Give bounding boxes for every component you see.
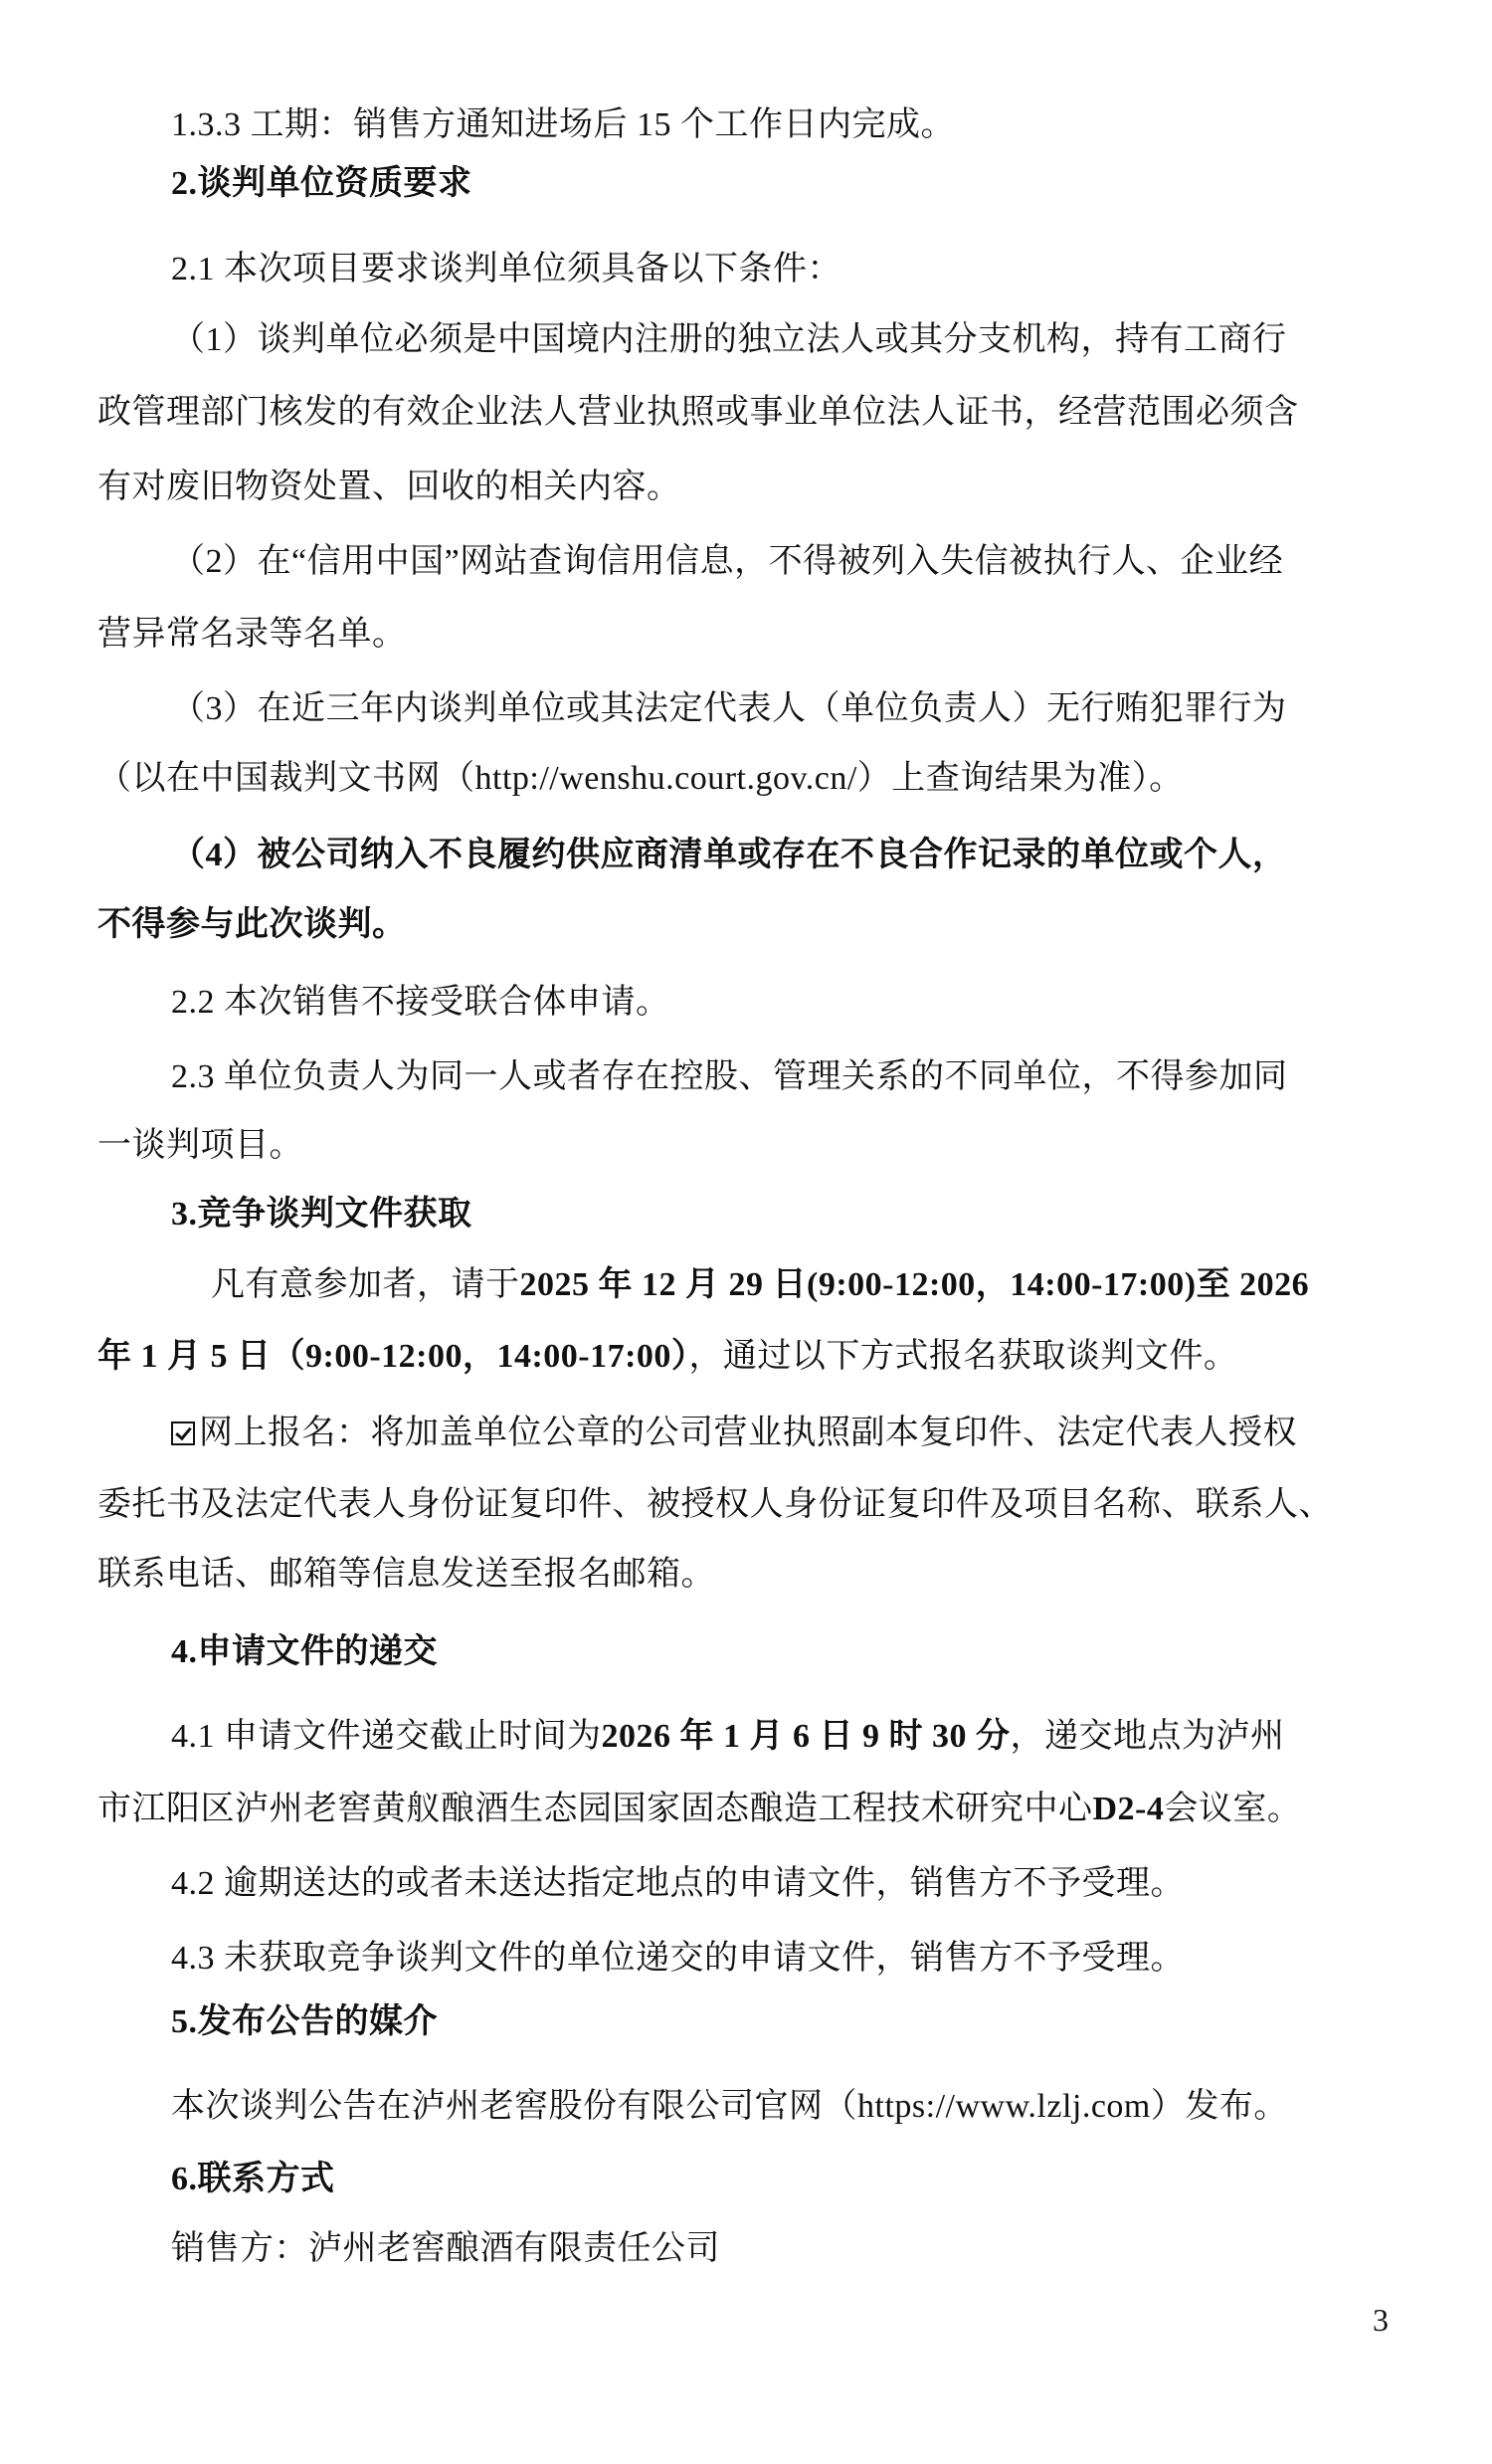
- location-intro: ，递交地点为泸州: [1011, 1718, 1285, 1755]
- registration-start-date: 2025 年 12 月 29 日(9:00-12:00，14:00-17:00)…: [520, 1266, 1310, 1303]
- section-heading-4: 4.申请文件的递交: [171, 1630, 1454, 1674]
- section-heading-6: 6.联系方式: [171, 2158, 1454, 2201]
- clause-2-3-line-1: 2.3 单位负责人为同一人或者存在控股、管理关系的不同单位，不得参加同: [171, 1055, 1454, 1099]
- online-registration-line-2: 委托书及法定代表人身份证复印件、被授权人身份证复印件及项目名称、联系人、: [97, 1483, 1381, 1527]
- condition-2-line-1: （2）在“信用中国”网站查询信用信息，不得被列入失信被执行人、企业经: [171, 540, 1454, 584]
- online-registration-text: 网上报名：将加盖单位公章的公司营业执照副本复印件、法定代表人授权: [199, 1415, 1297, 1451]
- section-heading-2: 2.谈判单位资质要求: [171, 162, 1454, 206]
- clause-2-1: 2.1 本次项目要求谈判单位须具备以下条件：: [171, 248, 1454, 291]
- submission-deadline: 2026 年 1 月 6 日 9 时 30 分: [602, 1718, 1011, 1755]
- clause-1-3-3-duration: 1.3.3 工期：销售方通知进场后 15 个工作日内完成。: [171, 103, 1454, 147]
- condition-3-line-1: （3）在近三年内谈判单位或其法定代表人（单位负责人）无行贿犯罪行为: [171, 687, 1454, 731]
- clause-4-1-line-2: 市江阳区泸州老窖黄舣酿酒生态园国家固态酿造工程技术研究中心D2-4会议室。: [97, 1788, 1381, 1831]
- registration-period-line-2: 年 1 月 5 日（9:00-12:00，14:00-17:00），通过以下方式…: [97, 1335, 1381, 1379]
- publication-media: 本次谈判公告在泸州老窖股份有限公司官网（https://www.lzlj.com…: [171, 2085, 1454, 2129]
- clause-2-2: 2.2 本次销售不接受联合体申请。: [171, 981, 1454, 1025]
- registration-end-date: 年 1 月 5 日（9:00-12:00，14:00-17:00）: [97, 1338, 688, 1375]
- condition-4-line-2: 不得参与此次谈判。: [97, 903, 1381, 947]
- checked-checkbox-icon: [171, 1422, 195, 1445]
- condition-1-line-1: （1）谈判单位必须是中国境内注册的独立法人或其分支机构，持有工商行: [171, 318, 1381, 362]
- registration-method-intro: ，通过以下方式报名获取谈判文件。: [688, 1338, 1237, 1375]
- submission-location: 市江阳区泸州老窖黄舣酿酒生态园国家固态酿造工程技术研究中心: [97, 1791, 1093, 1827]
- online-registration-line-3: 联系电话、邮箱等信息发送至报名邮箱。: [97, 1553, 1381, 1597]
- condition-1-line-2: 政管理部门核发的有效企业法人营业执照或事业单位法人证书，经营范围必须含: [97, 391, 1381, 435]
- condition-1-line-3: 有对废旧物资处置、回收的相关内容。: [97, 466, 1381, 509]
- section-heading-3: 3.竞争谈判文件获取: [171, 1193, 1454, 1236]
- registration-intro: 凡有意参加者，请于: [211, 1266, 520, 1303]
- condition-3-line-2: （以在中国裁判文书网（http://wenshu.court.gov.cn/）上…: [97, 757, 1381, 801]
- registration-period-line-1: 凡有意参加者，请于2025 年 12 月 29 日(9:00-12:00，14:…: [211, 1263, 1492, 1307]
- condition-4-line-1: （4）被公司纳入不良履约供应商清单或存在不良合作记录的单位或个人，: [171, 834, 1454, 877]
- clause-4-2: 4.2 逾期送达的或者未送达指定地点的申请文件，销售方不予受理。: [171, 1862, 1454, 1906]
- meeting-room-suffix: 会议室。: [1164, 1791, 1301, 1827]
- document-page: 1.3.3 工期：销售方通知进场后 15 个工作日内完成。 2.谈判单位资质要求…: [0, 0, 1492, 2464]
- seller-contact: 销售方：泸州老窖酿酒有限责任公司: [171, 2227, 1454, 2271]
- meeting-room-code: D2-4: [1093, 1791, 1165, 1827]
- condition-2-line-2: 营异常名录等名单。: [97, 613, 1381, 657]
- page-number: 3: [1373, 2300, 1389, 2340]
- clause-2-3-line-2: 一谈判项目。: [97, 1124, 1381, 1168]
- online-registration-line-1: 网上报名：将加盖单位公章的公司营业执照副本复印件、法定代表人授权: [171, 1412, 1454, 1455]
- deadline-intro: 4.1 申请文件递交截止时间为: [171, 1718, 602, 1755]
- section-heading-5: 5.发布公告的媒介: [171, 2000, 1454, 2044]
- clause-4-3: 4.3 未获取竞争谈判文件的单位递交的申请文件，销售方不予受理。: [171, 1937, 1454, 1981]
- clause-4-1-line-1: 4.1 申请文件递交截止时间为2026 年 1 月 6 日 9 时 30 分，递…: [171, 1715, 1454, 1759]
